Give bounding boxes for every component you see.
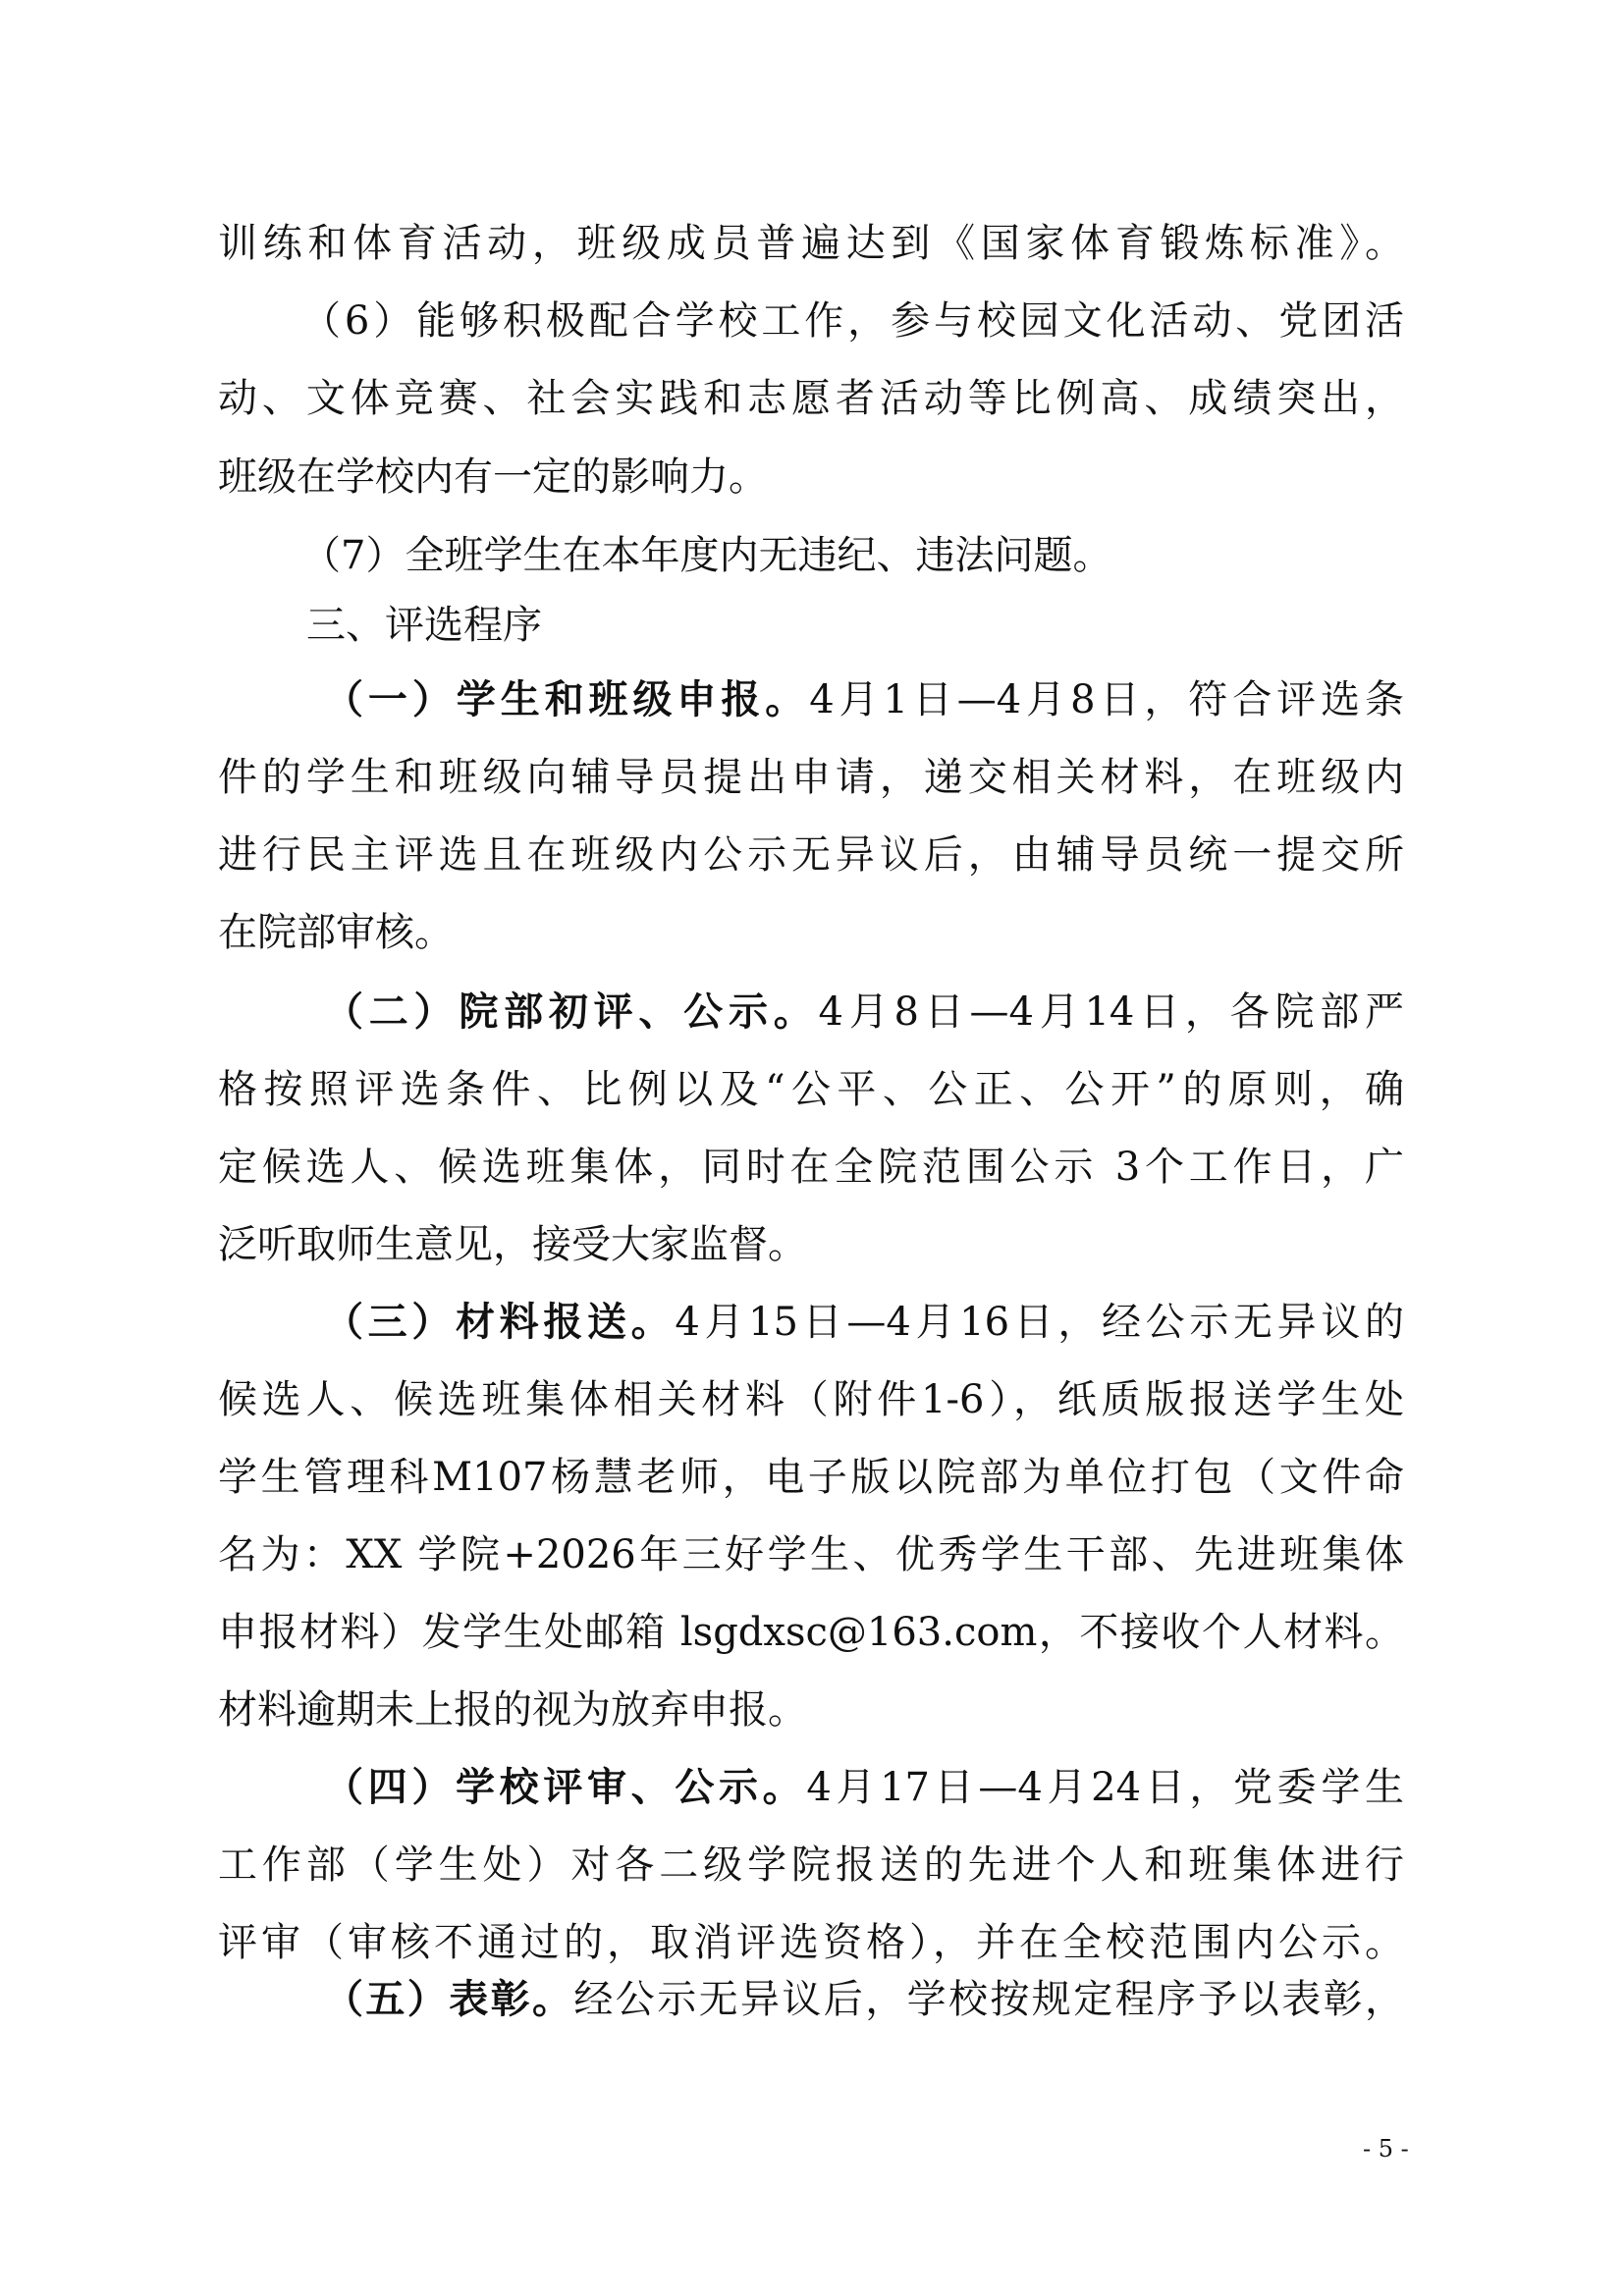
step-3-label: （三）材料报送。 — [324, 1300, 675, 1345]
step-1-first-line: （一）学生和班级申报。4月1日—4月8日，符合评选条 — [324, 670, 1404, 729]
paragraph-line: 在院部审核。 — [218, 903, 1404, 962]
criterion-7-line: （7）全班学生在本年度内无违纪、违法问题。 — [301, 526, 1404, 585]
paragraph-line: 班级在学校内有一定的影响力。 — [218, 448, 1404, 507]
step-2-label: （二）院部初评、公示。 — [324, 989, 819, 1035]
step-4-label: （四）学校评审、公示。 — [324, 1765, 806, 1810]
paragraph-line: 定候选人、候选班集体，同时在全院范围公示 3个工作日，广 — [218, 1138, 1404, 1197]
paragraph-line: 候选人、候选班集体相关材料（附件1-6），纸质版报送学生处 — [218, 1370, 1404, 1429]
step-3-text: 4月15日—4月16日，经公示无异议的 — [675, 1300, 1404, 1345]
paragraph-line: 动、文体竞赛、社会实践和志愿者活动等比例高、成绩突出， — [218, 369, 1404, 428]
paragraph-line: 进行民主评选且在班级内公示无异议后，由辅导员统一提交所 — [218, 826, 1404, 884]
paragraph-line: 工作部（学生处）对各二级学院报送的先进个人和班集体进行 — [218, 1836, 1404, 1895]
paragraph-line: 评审（审核不通过的，取消评选资格），并在全校范围内公示。 — [218, 1913, 1404, 1972]
paragraph-line: 名为：XX 学院+2026年三好学生、优秀学生干部、先进班集体 — [218, 1525, 1404, 1584]
email-line: 申报材料）发学生处邮箱 lsgdxsc@163.com，不接收个人材料。 — [218, 1603, 1404, 1662]
document-page: 训练和体育活动，班级成员普遍达到《国家体育锻炼标准》。 （6）能够积极配合学校工… — [0, 0, 1624, 2296]
step-1-text: 4月1日—4月8日，符合评选条 — [809, 677, 1404, 722]
paragraph-line: 训练和体育活动，班级成员普遍达到《国家体育锻炼标准》。 — [218, 214, 1404, 273]
paragraph-line: 泛听取师生意见，接受大家监督。 — [218, 1215, 1404, 1274]
step-1-label: （一）学生和班级申报。 — [324, 677, 809, 722]
step-2-first-line: （二）院部初评、公示。4月8日—4月14日，各院部严 — [324, 983, 1404, 1041]
page-number: - 5 - — [1363, 2135, 1409, 2163]
step-2-text: 4月8日—4月14日，各院部严 — [819, 989, 1405, 1035]
step-5-label: （五）表彰。 — [324, 1977, 573, 2022]
paragraph-line: 学生管理科M107杨慧老师，电子版以院部为单位打包（文件命 — [218, 1448, 1404, 1507]
step-4-first-line: （四）学校评审、公示。4月17日—4月24日，党委学生 — [324, 1758, 1404, 1817]
paragraph-line: 格按照评选条件、比例以及“公平、公正、公开”的原则，确 — [218, 1060, 1404, 1119]
step-4-text: 4月17日—4月24日，党委学生 — [806, 1765, 1404, 1810]
paragraph-line: 件的学生和班级向辅导员提出申请，递交相关材料，在班级内 — [218, 748, 1404, 807]
step-5-first-line: （五）表彰。经公示无异议后，学校按规定程序予以表彰， — [324, 1970, 1404, 2029]
step-3-first-line: （三）材料报送。4月15日—4月16日，经公示无异议的 — [324, 1293, 1404, 1352]
criterion-6-line: （6）能够积极配合学校工作，参与校园文化活动、党团活 — [301, 292, 1404, 350]
section-heading: 三、评选程序 — [306, 596, 542, 655]
paragraph-line: 材料逾期未上报的视为放弃申报。 — [218, 1681, 1404, 1739]
step-5-text: 经公示无异议后，学校按规定程序予以表彰， — [573, 1977, 1404, 2022]
